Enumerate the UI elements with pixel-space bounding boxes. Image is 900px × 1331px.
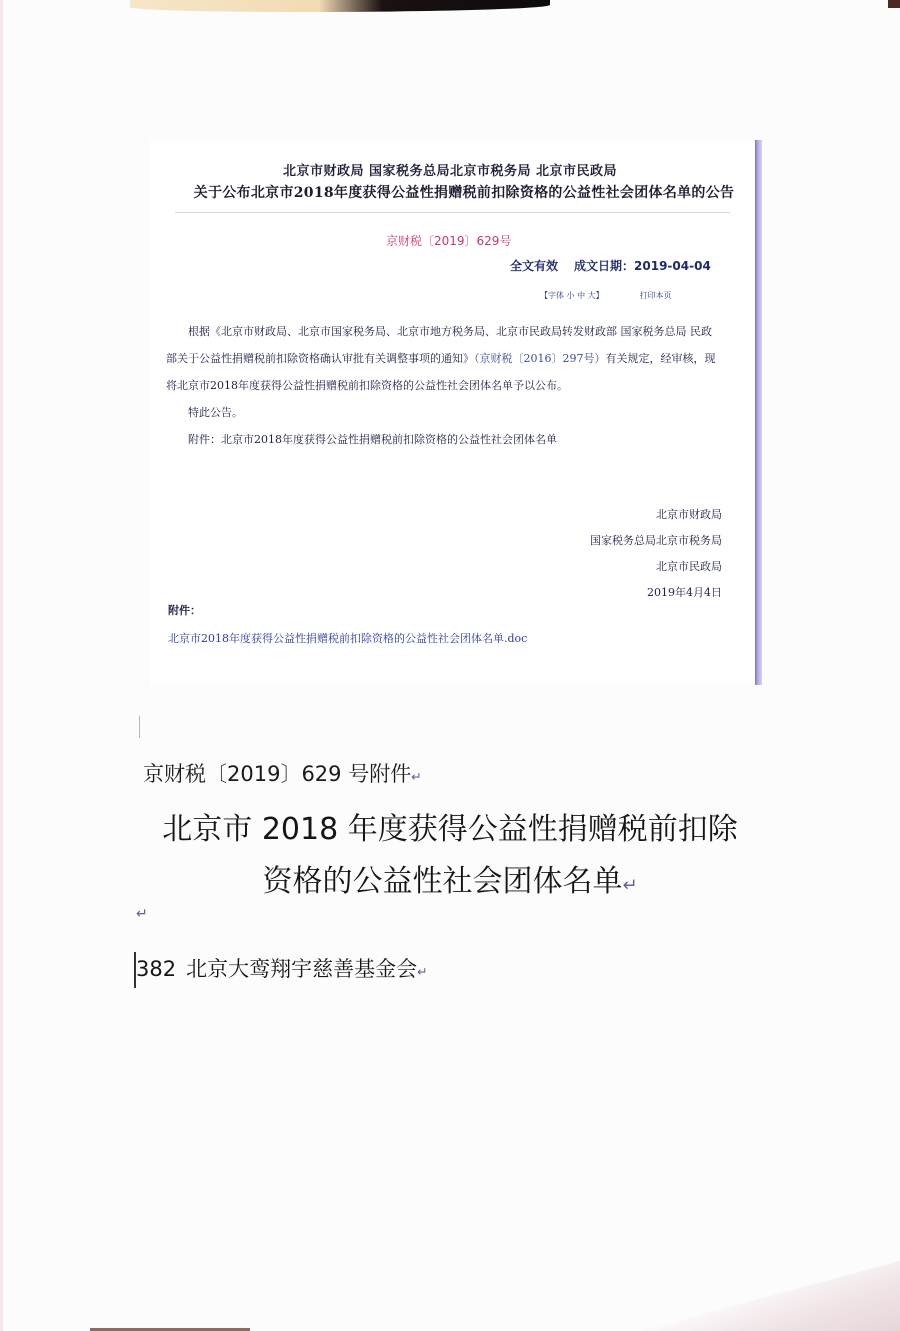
paragraph-mark-icon: ↵ xyxy=(411,769,422,784)
signature-finance-bureau: 北京市财政局 xyxy=(550,502,722,528)
list-item: 382北京大鸾翔宇慈善基金会↵ xyxy=(136,953,428,983)
attachment-label: 附件： xyxy=(168,602,201,618)
validity-label: 全文有效 xyxy=(510,259,558,273)
document-number: 京财税〔2019〕629号 xyxy=(386,232,511,249)
text-cursor-mark xyxy=(139,716,140,738)
body-paragraph-1: 根据《北京市财政局、北京市国家税务局、北京市地方税务局、北京市民政局转发财政部 … xyxy=(166,318,721,399)
issuing-agencies: 北京市财政局 国家税务总局北京市税务局 北京市民政局 xyxy=(150,160,750,179)
entry-organization-name: 北京大鸾翔宇慈善基金会 xyxy=(186,957,417,981)
header-divider xyxy=(175,212,730,213)
attachment-file-link[interactable]: 北京市2018年度获得公益性捐赠税前扣除资格的公益性社会团体名单.doc xyxy=(168,630,527,646)
signature-civil-affairs: 北京市民政局 xyxy=(550,554,722,580)
photo-top-right-shadow xyxy=(888,0,900,8)
paragraph-mark-icon: ↵ xyxy=(417,964,428,979)
page-corner-curl xyxy=(640,1261,900,1331)
font-size-control[interactable]: 【字体 小 中 大】 xyxy=(540,291,604,300)
attachment-title-line-1: 北京市 2018 年度获得公益性捐赠税前扣除 xyxy=(0,804,900,848)
date-label: 成文日期： xyxy=(574,259,634,273)
paragraph-mark-icon: ↵ xyxy=(622,875,637,896)
photo-top-shadow xyxy=(130,0,550,12)
body-paragraph-2: 特此公告。 xyxy=(166,399,721,426)
entry-number: 382 xyxy=(136,957,176,981)
attachment-title-line-2: 资格的公益性社会团体名单↵ xyxy=(0,856,900,900)
validity-status: 全文有效成文日期：2019-04-04 xyxy=(510,257,711,274)
attachment-number-text: 京财税〔2019〕629 号附件 xyxy=(143,762,411,786)
empty-paragraph-mark-icon: ↵ xyxy=(136,906,148,922)
body-paragraph-3: 附件：北京市2018年度获得公益性捐赠税前扣除资格的公益性社会团体名单 xyxy=(166,426,721,453)
page-tools: 【字体 小 中 大】打印本页 xyxy=(540,290,672,301)
paper-left-edge xyxy=(0,0,3,1331)
referenced-document: （京财税〔2016〕297号） xyxy=(474,352,606,365)
announcement-screenshot: 北京市财政局 国家税务总局北京市税务局 北京市民政局 关于公布北京市2018年度… xyxy=(150,140,762,685)
announcement-title: 关于公布北京市2018年度获得公益性捐赠税前扣除资格的公益性社会团体名单的公告 xyxy=(174,182,754,202)
signature-tax-bureau: 国家税务总局北京市税务局 xyxy=(550,528,722,554)
attachment-number: 京财税〔2019〕629 号附件↵ xyxy=(143,758,422,788)
print-page-link[interactable]: 打印本页 xyxy=(640,291,672,300)
date-value: 2019-04-04 xyxy=(634,259,711,273)
signature-date: 2019年4月4日 xyxy=(550,580,722,606)
scrollbar[interactable] xyxy=(755,140,762,685)
title-line-2-text: 资格的公益性社会团体名单 xyxy=(262,864,622,899)
signature-block: 北京市财政局 国家税务总局北京市税务局 北京市民政局 2019年4月4日 xyxy=(550,502,722,606)
announcement-body: 根据《北京市财政局、北京市国家税务局、北京市地方税务局、北京市民政局转发财政部 … xyxy=(166,318,721,453)
